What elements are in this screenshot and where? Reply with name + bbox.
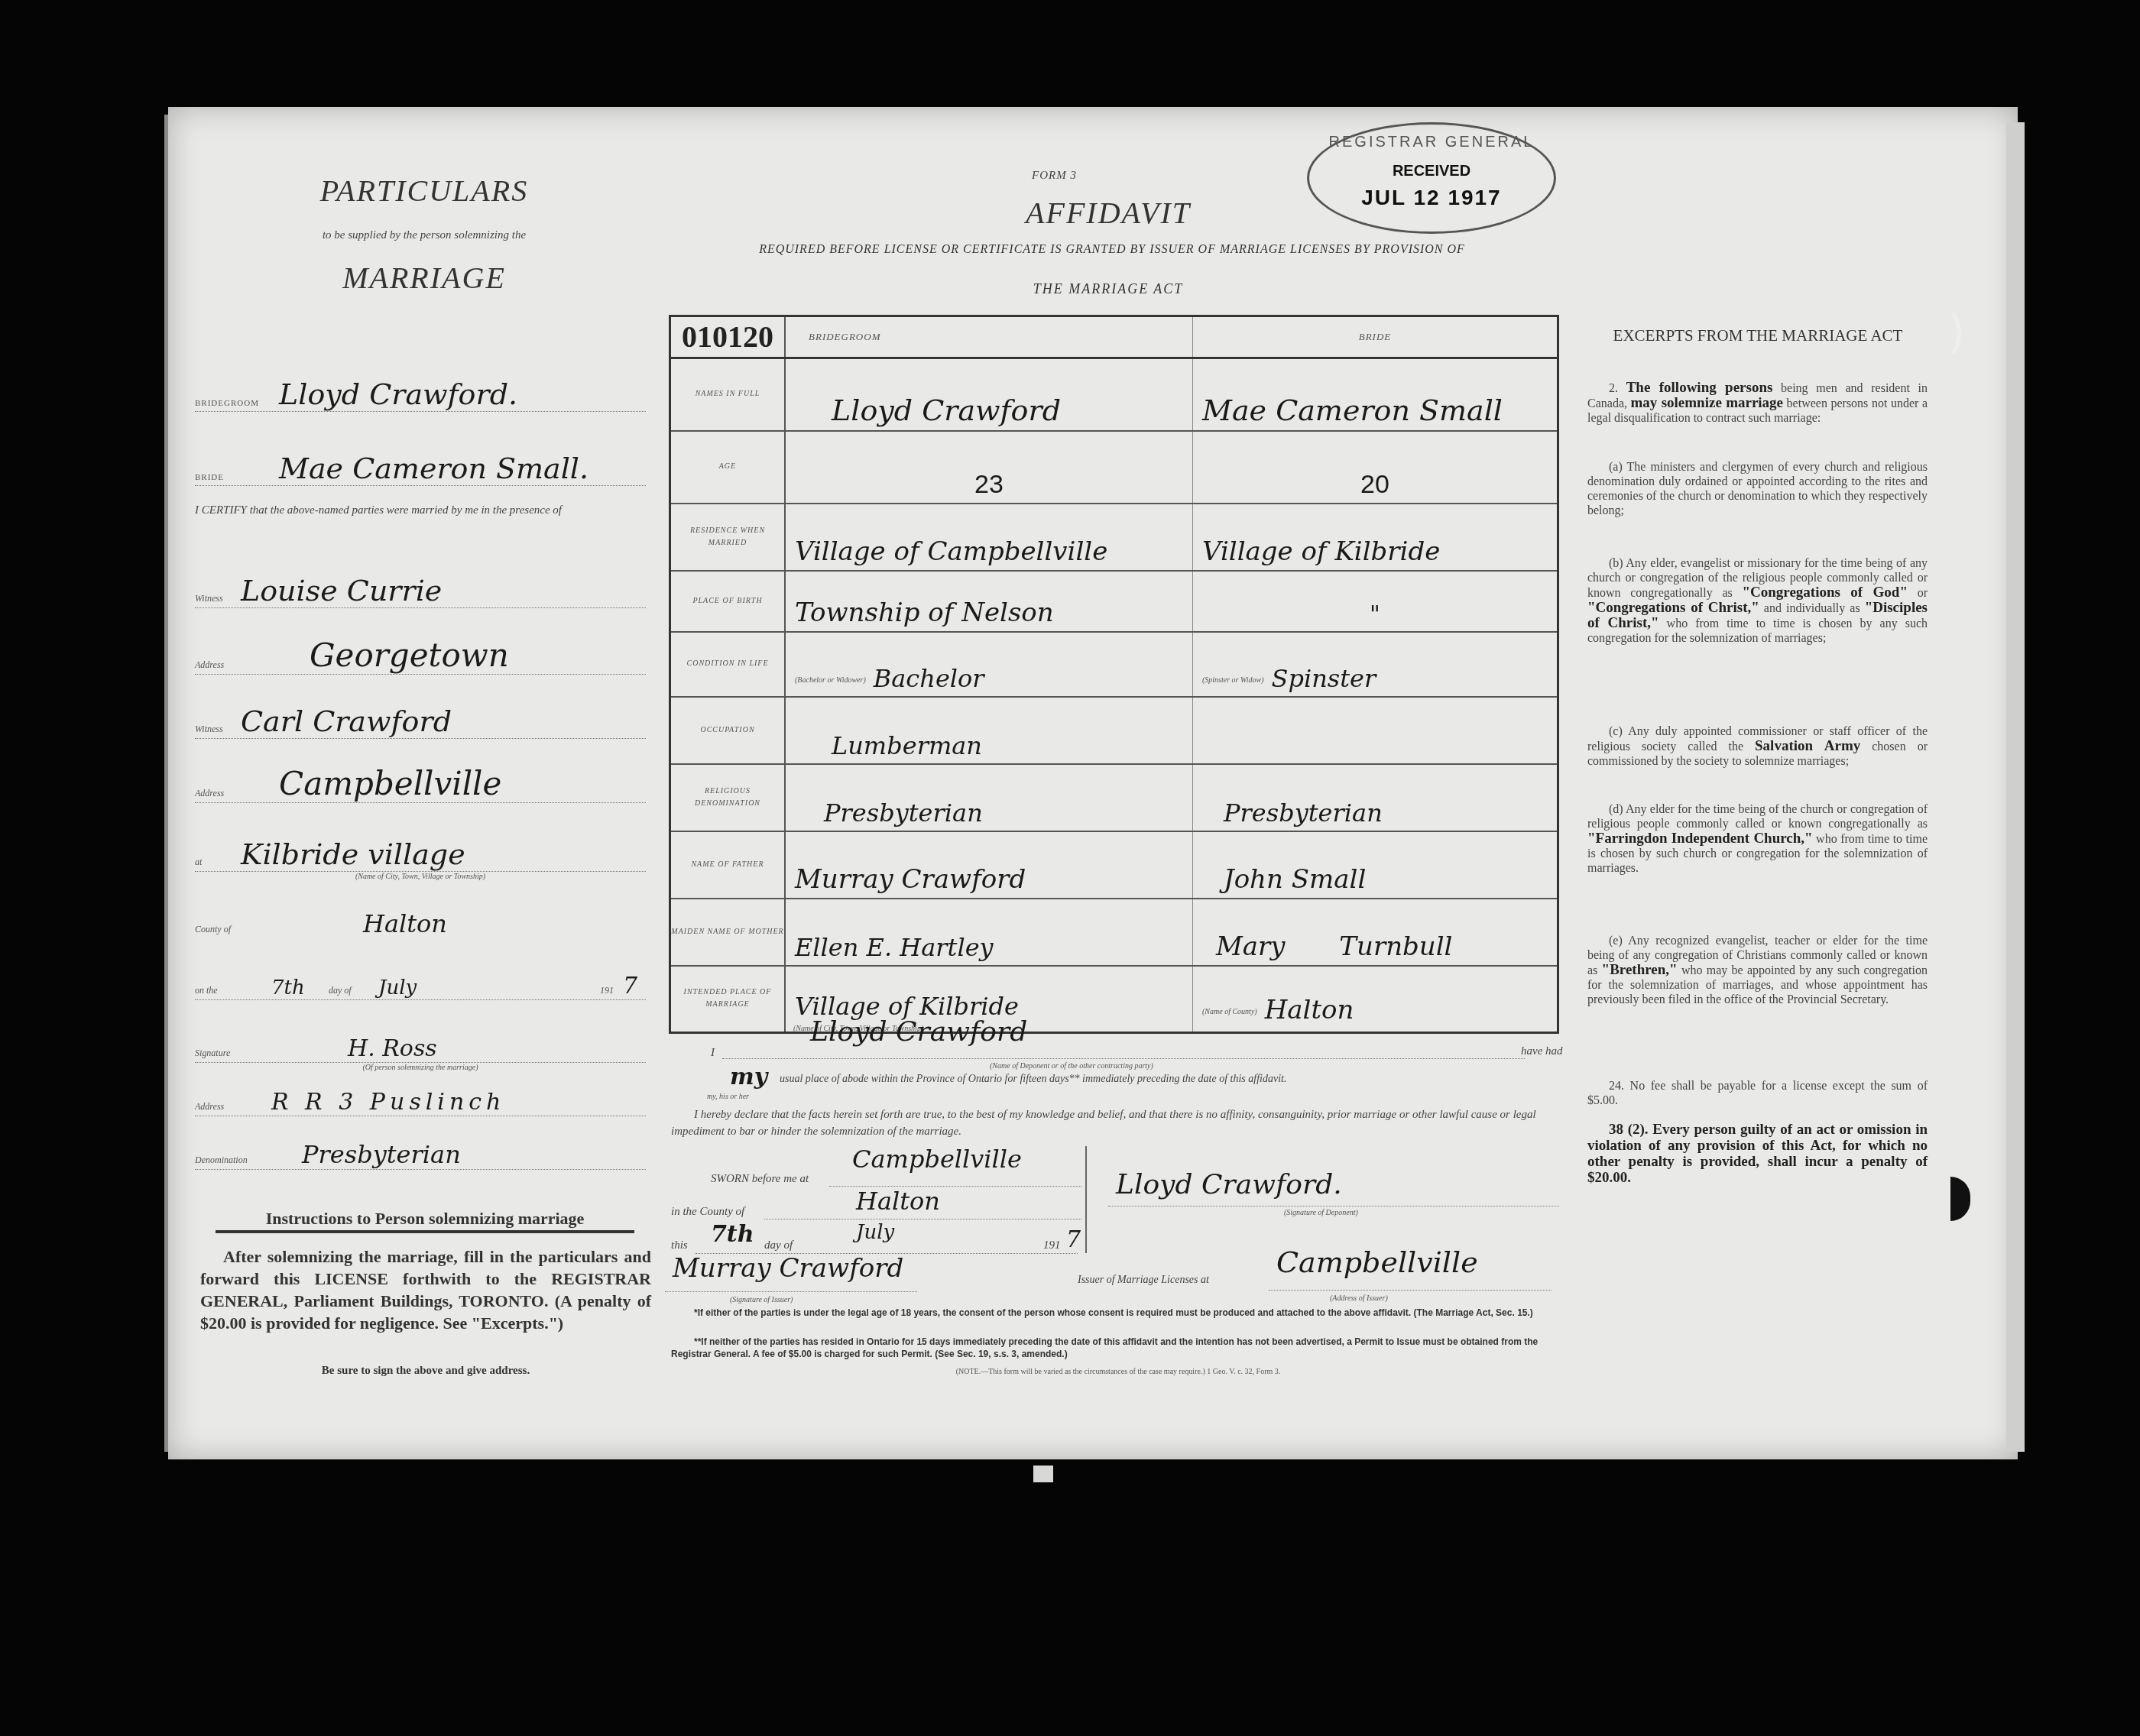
groom-name: Lloyd Crawford: [786, 394, 1192, 430]
deponent-signature-note: (Signature of Deponent): [1284, 1209, 1358, 1217]
sworn-year: 7: [1066, 1226, 1081, 1253]
form-number: FORM 3: [1032, 170, 1077, 183]
sworn-county: Halton: [856, 1187, 940, 1216]
row-label: AGE: [670, 431, 786, 504]
address2-field: Address Campbellville: [195, 764, 646, 803]
bride-mother: Mary Turnbull: [1193, 931, 1557, 965]
groom-residence: Village of Campbellville: [786, 536, 1192, 570]
signature-label: Signature: [195, 1048, 230, 1059]
witness2-label: Witness: [195, 724, 223, 735]
row-label: NAME of FATHER: [670, 831, 786, 899]
row-label: PLACE of BIRTH: [670, 571, 786, 632]
date-year-prefix: 191: [600, 985, 614, 996]
witness1-value: Louise Currie: [241, 574, 442, 607]
certify-text: I CERTIFY that the above-named parties w…: [195, 500, 646, 520]
signature-field: Signature H. Ross (Of person solemnizing…: [195, 1024, 646, 1063]
groom-mother: Ellen E. Hartley: [786, 933, 1192, 965]
binding-bracket-icon: ): [1947, 306, 1965, 359]
instructions-heading: Instructions to Person solemnizing marri…: [216, 1209, 634, 1233]
address3-field: Address R R 3 Puslinch: [195, 1077, 646, 1116]
sworn-month: July: [856, 1221, 894, 1244]
excerpt-section-24: 24. No fee shall be payable for a licens…: [1587, 1079, 1928, 1108]
b-text-3: and individually as: [1759, 602, 1865, 615]
bridegroom-value: Lloyd Crawford.: [279, 377, 517, 411]
date-field: on the 7th day of July 191 7: [195, 961, 646, 1000]
row-label: INTENDED PLACE of MARRIAGE: [670, 966, 786, 1033]
bride-residence: Village of Kilbride: [1193, 536, 1557, 570]
deponent-note: (Name of Deponent or of the other contra…: [990, 1062, 1153, 1070]
bride-birthplace: ": [1193, 601, 1557, 631]
sworn-label: SWORN before me at: [711, 1173, 809, 1186]
county-value: Halton: [363, 909, 447, 938]
date-day-value: 7th: [271, 976, 305, 999]
excerpt-section-38: 38 (2). Every person guilty of an act or…: [1587, 1122, 1928, 1186]
excerpt-clause-e: (e) Any recognized evangelist, teacher o…: [1587, 934, 1928, 1007]
denomination-field: Denomination Presbyterian: [195, 1131, 646, 1170]
sworn-county-label: in the County of: [671, 1206, 744, 1219]
address2-label: Address: [195, 788, 224, 799]
at-note: (Name of City, Town, Village or Township…: [195, 873, 646, 881]
bridegroom-label: BRIDEGROOM: [195, 399, 259, 408]
table-row: PLACE of BIRTH Township of Nelson ": [670, 571, 1558, 632]
address1-field: Address Georgetown: [195, 636, 646, 675]
sworn-year-prefix: 191: [1043, 1239, 1061, 1252]
s2-bold-1: The following persons: [1626, 380, 1773, 396]
date-month-value: July: [378, 976, 417, 999]
groom-birthplace: Township of Nelson: [786, 598, 1192, 631]
date-on-label: on the: [195, 985, 218, 996]
d-bold: "Farringdon Independent Church,": [1587, 831, 1813, 847]
date-dayof-label: day of: [329, 985, 352, 996]
particulars-subtitle: to be supplied by the person solemnizing…: [195, 229, 653, 242]
paper-edge-right: [2006, 122, 2025, 1452]
deponent-signature: Lloyd Crawford.: [1116, 1169, 1342, 1200]
column-bridegroom: BRIDEGROOM: [785, 316, 1193, 358]
at-label: at: [195, 857, 202, 868]
witness2-value: Carl Crawford: [241, 704, 452, 738]
marriage-title: MARRIAGE: [195, 260, 653, 296]
b-text-2: or: [1908, 587, 1928, 600]
sworn-day: 7th: [711, 1221, 754, 1248]
declare-text: I hereby declare that the facts herein s…: [671, 1106, 1565, 1140]
county-label: County of: [195, 924, 231, 935]
issuer-signature-note: (Signature of Issuer): [730, 1296, 793, 1304]
excerpt-clause-b: (b) Any elder, evangelist or missionary …: [1587, 556, 1928, 646]
address3-label: Address: [195, 1101, 224, 1113]
e-bold: "Brethren,": [1602, 962, 1678, 978]
s2-number: 2.: [1609, 382, 1618, 395]
bride-condition-hint: (Spinster or Widow): [1202, 676, 1264, 685]
excerpts-title: EXCERPTS FROM THE MARRIAGE ACT: [1586, 327, 1930, 344]
sworn-county-line: [764, 1219, 1081, 1219]
stamp-registrar: REGISTRAR GENERAL: [1309, 134, 1554, 151]
table-row: NAMES in Full Lloyd Crawford Mae Cameron…: [670, 358, 1558, 431]
excerpt-clause-c: (c) Any duly appointed commissioner or s…: [1587, 724, 1928, 769]
abode-text: usual place of abode within the Province…: [780, 1074, 1286, 1086]
affidavit-table: 010120 BRIDEGROOM BRIDE NAMES in Full Ll…: [669, 315, 1559, 1034]
bride-age: 20: [1193, 470, 1557, 503]
b-bold-2: "Congregations of Christ,": [1587, 600, 1759, 616]
table-row: RELIGIOUS DENOMINATION Presbyterian Pres…: [670, 764, 1558, 831]
issuer-address-note: (Address of Issuer): [1330, 1294, 1388, 1303]
table-row: AGE 23 20: [670, 431, 1558, 504]
row-label: RESIDENCE when MARRIED: [670, 504, 786, 571]
bride-religion: Presbyterian: [1193, 798, 1557, 831]
issuer-signature: Murray Crawford: [673, 1253, 903, 1284]
deponent-name: Lloyd Crawford: [810, 1016, 1027, 1048]
witness1-label: Witness: [195, 593, 223, 604]
table-header-row: 010120 BRIDEGROOM BRIDE: [670, 316, 1558, 358]
groom-father: Murray Crawford: [786, 864, 1192, 898]
bride-name: Mae Cameron Small: [1193, 394, 1557, 430]
table-row: CONDITION in LIFE (Bachelor or Widower)B…: [670, 632, 1558, 697]
sworn-this-label: this: [671, 1239, 688, 1252]
at-value: Kilbride village: [241, 837, 465, 871]
row-label: OCCUPATION: [670, 697, 786, 764]
bride-marriage-place-hint: (Name of County): [1202, 1008, 1257, 1016]
d-text-1: (d) Any elder for the time being of the …: [1587, 803, 1928, 831]
bride-marriage-place: Halton: [1265, 995, 1354, 1025]
footnote-2: **If neither of the parties has resided …: [671, 1336, 1565, 1360]
bride-field: BRIDE Mae Cameron Small.: [195, 447, 646, 486]
sworn-dayof-label: day of: [764, 1239, 793, 1252]
received-stamp: REGISTRAR GENERAL RECEIVED JUL 12 1917: [1307, 122, 1556, 234]
excerpt-clause-a: (a) The ministers and clergymen of every…: [1587, 460, 1928, 518]
issuer-label: Issuer of Marriage Licenses at: [1078, 1274, 1209, 1287]
witness2-field: Witness Carl Crawford: [195, 700, 646, 739]
stamp-date: JUL 12 1917: [1309, 186, 1554, 210]
my-value: my: [730, 1064, 767, 1090]
table-row: NAME of FATHER Murray Crawford John Smal…: [670, 831, 1558, 899]
bride-condition: Spinster: [1272, 664, 1376, 693]
instructions-body: After solemnizing the marriage, fill in …: [200, 1245, 651, 1334]
row-label: CONDITION in LIFE: [670, 632, 786, 697]
stamp-received: RECEIVED: [1309, 163, 1554, 180]
address1-label: Address: [195, 659, 224, 671]
form-note: (NOTE.—This form will be varied as the c…: [671, 1368, 1565, 1376]
issuer-signature-line: [665, 1291, 917, 1292]
have-had-text: have had: [1521, 1045, 1563, 1058]
my-note: my, his or her: [707, 1093, 749, 1101]
table-row: OCCUPATION Lumberman: [670, 697, 1558, 764]
particulars-title: PARTICULARS: [195, 173, 653, 209]
county-field: County of Halton: [195, 900, 646, 938]
footnote-1: *If either of the parties is under the l…: [671, 1307, 1565, 1319]
address3-value: R R 3 Puslinch: [271, 1089, 505, 1116]
marriage-place-field: at Kilbride village (Name of City, Town,…: [195, 833, 646, 872]
excerpt-section-2: 2. The following persons being men and r…: [1587, 381, 1928, 426]
b-bold-1: "Congregations of God": [1742, 585, 1908, 601]
signature-note: (Of person solemnizing the marriage): [195, 1064, 646, 1072]
bridegroom-field: BRIDEGROOM Lloyd Crawford.: [195, 373, 646, 412]
witness1-field: Witness Louise Currie: [195, 569, 646, 608]
address2-value: Campbellville: [279, 765, 501, 802]
affidavit-title: AFFIDAVIT: [917, 195, 1299, 231]
declaration-i-label: I: [711, 1047, 715, 1060]
bride-value: Mae Cameron Small.: [279, 452, 588, 485]
groom-condition-hint: (Bachelor or Widower): [795, 676, 866, 685]
affidavit-required-text: REQUIRED BEFORE LICENSE OR CERTIFICATE I…: [657, 243, 1567, 257]
film-tab-mark: [1033, 1466, 1053, 1482]
column-bride: BRIDE: [1193, 316, 1558, 358]
marriage-act-text: THE MARRIAGE ACT: [917, 281, 1299, 297]
issuer-address-line: [1269, 1290, 1551, 1291]
address1-value: Georgetown: [310, 636, 509, 674]
groom-occupation: Lumberman: [786, 731, 1192, 763]
excerpt-clause-d: (d) Any elder for the time being of the …: [1587, 802, 1928, 876]
groom-condition: Bachelor: [874, 664, 984, 693]
groom-religion: Presbyterian: [786, 798, 1192, 831]
denomination-label: Denomination: [195, 1155, 248, 1166]
bride-occupation: [1193, 760, 1557, 763]
denomination-value: Presbyterian: [302, 1140, 461, 1169]
issuer-address: Campbellville: [1276, 1245, 1478, 1279]
row-label: NAMES in Full: [670, 358, 786, 431]
groom-age: 23: [786, 470, 1192, 503]
deponent-signature-line: [1108, 1206, 1559, 1206]
row-label: RELIGIOUS DENOMINATION: [670, 764, 786, 831]
signature-value: H. Ross: [348, 1035, 437, 1062]
deponent-line: [722, 1058, 1525, 1059]
bride-label: BRIDE: [195, 473, 224, 482]
row-label: MAIDEN NAME of MOTHER: [670, 899, 786, 966]
sworn-place: Campbellville: [852, 1145, 1022, 1174]
c-bold: Salvation Army: [1755, 738, 1860, 754]
bride-father: John Small: [1193, 864, 1557, 898]
table-row: INTENDED PLACE of MARRIAGE Village of Ki…: [670, 966, 1558, 1033]
table-row: MAIDEN NAME of MOTHER Ellen E. Hartley M…: [670, 899, 1558, 966]
instructions-footer: Be sure to sign the above and give addre…: [200, 1365, 651, 1378]
s2-bold-2: may solemnize marriage: [1631, 395, 1784, 411]
serial-number: 010120: [670, 316, 786, 358]
table-row: RESIDENCE when MARRIED Village of Campbe…: [670, 504, 1558, 571]
sworn-divider: [1085, 1146, 1087, 1253]
date-year-value: 7: [623, 973, 637, 999]
